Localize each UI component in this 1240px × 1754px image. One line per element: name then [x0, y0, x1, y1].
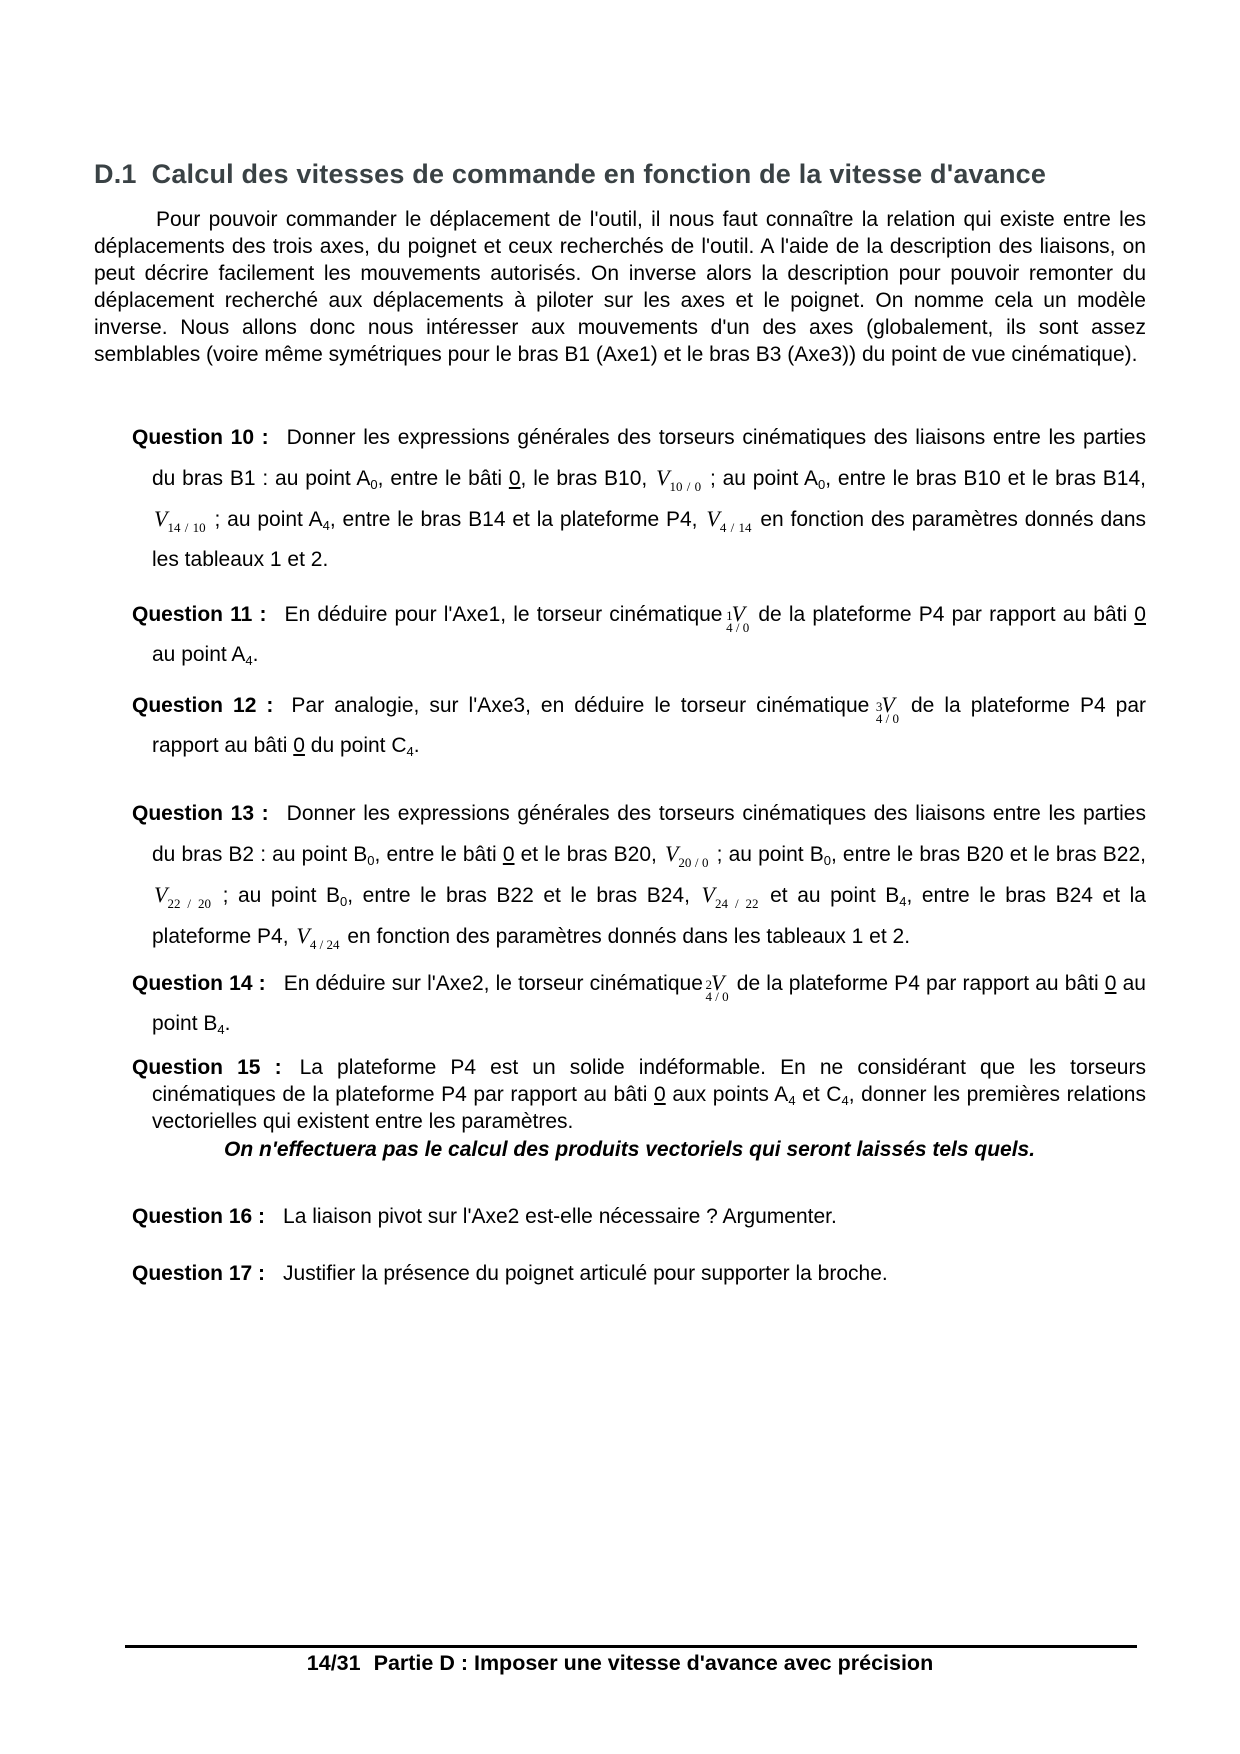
point-subscript: 0 [367, 853, 374, 868]
question-label: Question 12 : [132, 694, 291, 717]
question-text: La plateforme P4 est un solide indéforma… [152, 1056, 1146, 1133]
question-text: Justifier la présence du poignet articul… [283, 1262, 888, 1285]
question-text: Par analogie, sur l'Axe3, en déduire le … [152, 694, 1146, 757]
underlined-frame-symbol: 0 [654, 1083, 666, 1106]
footer-rule [125, 1645, 1137, 1648]
question-label: Question 13 : [132, 802, 287, 825]
section-number: D.1 [94, 159, 137, 189]
question-block: Question 16 :La liaison pivot sur l'Axe2… [94, 1203, 1146, 1230]
question-label: Question 11 : [132, 603, 285, 626]
kinematic-torsor-symbol: V14 / 0 [730, 602, 752, 626]
point-subscript: 0 [824, 853, 831, 868]
footer-section-title: Partie D : Imposer une vitesse d'avance … [374, 1651, 934, 1675]
question-text: Donner les expressions générales des tor… [152, 426, 1146, 571]
point-subscript: 4 [323, 518, 330, 533]
question-text: Donner les expressions générales des tor… [152, 802, 1146, 948]
question-block: Question 11 :En déduire pour l'Axe1, le … [94, 594, 1146, 675]
kinematic-torsor-symbol: V4 / 24 [294, 924, 341, 948]
page-footer: 14/31Partie D : Imposer une vitesse d'av… [94, 1651, 1146, 1676]
kinematic-torsor-symbol: V10 / 0 [654, 466, 703, 490]
point-subscript: 4 [245, 653, 252, 668]
kinematic-torsor-symbol: V20 / 0 [663, 842, 711, 866]
kinematic-torsor-symbol: V22 / 20 [152, 883, 213, 907]
point-subscript: 4 [899, 894, 906, 909]
section-heading: D.1Calcul des vitesses de commande en fo… [94, 158, 1146, 191]
point-subscript: 4 [841, 1093, 848, 1108]
question-text: En déduire sur l'Axe2, le torseur cinéma… [152, 972, 1146, 1035]
questions-list: Question 10 :Donner les expressions géné… [94, 418, 1146, 1287]
point-subscript: 0 [340, 894, 347, 909]
underlined-frame-symbol: 0 [1105, 972, 1117, 995]
question-block: Question 13 :Donner les expressions géné… [94, 794, 1146, 957]
kinematic-torsor-symbol: V14 / 10 [152, 507, 208, 531]
kinematic-torsor-symbol: V4 / 14 [704, 507, 753, 531]
question-block: Question 14 :En déduire sur l'Axe2, le t… [94, 963, 1146, 1044]
kinematic-torsor-symbol: V24 / 22 [700, 883, 761, 907]
question-text: La liaison pivot sur l'Axe2 est-elle néc… [283, 1205, 837, 1228]
point-subscript: 4 [788, 1093, 795, 1108]
point-subscript: 4 [217, 1022, 224, 1037]
question-label: Question 17 : [132, 1262, 283, 1285]
section-title: Calcul des vitesses de commande en fonct… [152, 159, 1046, 189]
page-number: 14/31 [307, 1651, 361, 1675]
question-label: Question 16 : [132, 1205, 283, 1228]
underlined-frame-symbol: 0 [503, 843, 515, 866]
intro-paragraph: Pour pouvoir commander le déplacement de… [94, 206, 1146, 368]
document-page: D.1Calcul des vitesses de commande en fo… [0, 0, 1240, 1754]
question-block: Question 15 :La plateforme P4 est un sol… [94, 1054, 1146, 1163]
point-subscript: 0 [818, 477, 825, 492]
question-label: Question 14 : [132, 972, 284, 995]
question-label: Question 10 : [132, 426, 287, 449]
underlined-frame-symbol: 0 [1134, 603, 1146, 626]
point-subscript: 4 [407, 744, 414, 759]
kinematic-torsor-symbol: V34 / 0 [879, 693, 901, 717]
kinematic-torsor-symbol: V24 / 0 [709, 971, 731, 995]
underlined-frame-symbol: 0 [509, 467, 521, 490]
question-label: Question 15 : [132, 1056, 300, 1079]
question-note: On n'effectuera pas le calcul des produi… [224, 1136, 1146, 1163]
underlined-frame-symbol: 0 [293, 734, 305, 757]
question-block: Question 10 :Donner les expressions géné… [94, 418, 1146, 580]
question-block: Question 12 :Par analogie, sur l'Axe3, e… [94, 685, 1146, 766]
question-text: En déduire pour l'Axe1, le torseur ciném… [152, 603, 1146, 666]
point-subscript: 0 [370, 477, 377, 492]
question-block: Question 17 :Justifier la présence du po… [94, 1260, 1146, 1287]
